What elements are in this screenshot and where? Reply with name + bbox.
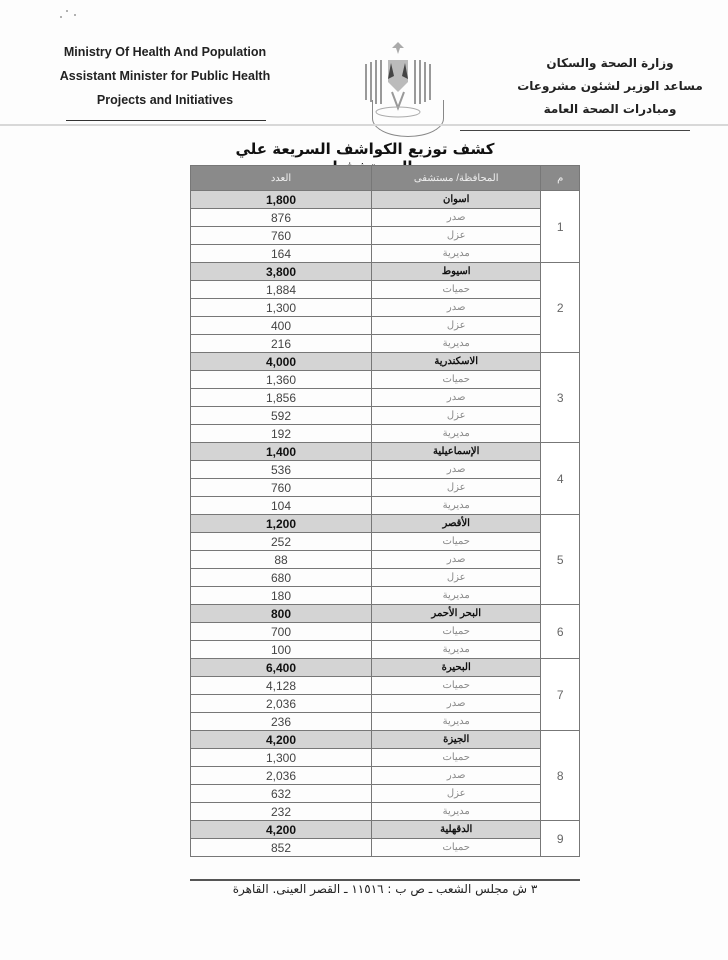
governorate-row: 1,800اسوان1 [191, 191, 580, 209]
hospital-row: 100مديرية [191, 641, 580, 659]
hospital-type: صدر [372, 299, 541, 317]
hospital-count: 680 [191, 569, 372, 587]
hospital-type: عزل [372, 569, 541, 587]
hospital-row: 232مديرية [191, 803, 580, 821]
governorate-row: 4,200الدقهلية9 [191, 821, 580, 839]
hospital-row: 88صدر [191, 551, 580, 569]
row-number: 8 [541, 731, 580, 821]
header-arabic: وزارة الصحة والسكان مساعد الوزير لشئون م… [500, 52, 720, 121]
hospital-count: 2,036 [191, 767, 372, 785]
hospital-count: 592 [191, 407, 372, 425]
governorate-name: الاسكندرية [372, 353, 541, 371]
hospital-type: عزل [372, 317, 541, 335]
governorate-total: 800 [191, 605, 372, 623]
hospital-row: 700حميات [191, 623, 580, 641]
hospital-type: صدر [372, 209, 541, 227]
governorate-total: 4,000 [191, 353, 372, 371]
row-number: 5 [541, 515, 580, 605]
hospital-type: عزل [372, 227, 541, 245]
hospital-count: 1,884 [191, 281, 372, 299]
hospital-type: حميات [372, 677, 541, 695]
governorate-row: 4,200الجيزة8 [191, 731, 580, 749]
governorate-row: 4,000الاسكندرية3 [191, 353, 580, 371]
hospital-count: 232 [191, 803, 372, 821]
hospital-count: 1,360 [191, 371, 372, 389]
hospital-type: صدر [372, 695, 541, 713]
hospital-row: 2,036صدر [191, 695, 580, 713]
hospital-row: 592عزل [191, 407, 580, 425]
hospital-count: 760 [191, 227, 372, 245]
hospital-type: حميات [372, 623, 541, 641]
hospital-type: مديرية [372, 641, 541, 659]
hospital-row: 1,856صدر [191, 389, 580, 407]
hospital-row: 1,300صدر [191, 299, 580, 317]
hospital-count: 216 [191, 335, 372, 353]
governorate-name: اسوان [372, 191, 541, 209]
hospital-type: مديرية [372, 497, 541, 515]
hospital-count: 252 [191, 533, 372, 551]
governorate-total: 4,200 [191, 731, 372, 749]
projects-initiatives-ar: ومبادرات الصحة العامة [500, 98, 720, 121]
hospital-count: 700 [191, 623, 372, 641]
row-number: 7 [541, 659, 580, 731]
governorate-total: 4,200 [191, 821, 372, 839]
projects-initiatives-en: Projects and Initiatives [40, 88, 290, 112]
hospital-count: 164 [191, 245, 372, 263]
hospital-row: 2,036صدر [191, 767, 580, 785]
header-divider-right [460, 130, 690, 131]
hospital-row: 216مديرية [191, 335, 580, 353]
header-english: Ministry Of Health And Population Assist… [40, 40, 290, 112]
hospital-count: 1,856 [191, 389, 372, 407]
hospital-type: مديرية [372, 803, 541, 821]
hospital-count: 760 [191, 479, 372, 497]
hospital-count: 180 [191, 587, 372, 605]
governorate-row: 3,800اسيوط2 [191, 263, 580, 281]
hospital-count: 536 [191, 461, 372, 479]
governorate-name: البحيرة [372, 659, 541, 677]
governorate-total: 1,400 [191, 443, 372, 461]
hospital-count: 236 [191, 713, 372, 731]
hospital-row: 632عزل [191, 785, 580, 803]
governorate-total: 1,800 [191, 191, 372, 209]
hospital-row: 852حميات [191, 839, 580, 857]
assistant-minister-ar: مساعد الوزير لشئون مشروعات [500, 75, 720, 98]
ministry-name-en: Ministry Of Health And Population [40, 40, 290, 64]
hospital-row: 164مديرية [191, 245, 580, 263]
governorate-row: 1,200الأقصر5 [191, 515, 580, 533]
hospital-count: 192 [191, 425, 372, 443]
hospital-row: 252حميات [191, 533, 580, 551]
hospital-type: حميات [372, 533, 541, 551]
hospital-count: 876 [191, 209, 372, 227]
hospital-row: 536صدر [191, 461, 580, 479]
table-header-row: العدد المحافظة/ مستشفى م [191, 166, 580, 191]
hospital-count: 4,128 [191, 677, 372, 695]
hospital-count: 1,300 [191, 299, 372, 317]
row-number: 2 [541, 263, 580, 353]
governorate-row: 6,400البحيرة7 [191, 659, 580, 677]
distribution-table: العدد المحافظة/ مستشفى م 1,800اسوان1876ص… [190, 165, 580, 857]
row-number: 6 [541, 605, 580, 659]
hospital-count: 100 [191, 641, 372, 659]
hospital-type: عزل [372, 407, 541, 425]
emblem-arc [372, 100, 444, 137]
hospital-row: 4,128حميات [191, 677, 580, 695]
hospital-count: 1,300 [191, 749, 372, 767]
footer-address: ٣ ش مجلس الشعب ـ ص ب : ١١٥١٦ ـ القصر الع… [190, 882, 580, 896]
hospital-type: حميات [372, 749, 541, 767]
ministry-name-ar: وزارة الصحة والسكان [500, 52, 720, 75]
hospital-row: 104مديرية [191, 497, 580, 515]
column-header-name: المحافظة/ مستشفى [372, 166, 541, 191]
hospital-count: 852 [191, 839, 372, 857]
hospital-type: مديرية [372, 335, 541, 353]
hospital-row: 1,360حميات [191, 371, 580, 389]
governorate-name: الأقصر [372, 515, 541, 533]
hospital-type: عزل [372, 479, 541, 497]
hospital-row: 1,884حميات [191, 281, 580, 299]
hospital-type: مديرية [372, 587, 541, 605]
column-header-num: م [541, 166, 580, 191]
governorate-row: 1,400الإسماعيلية4 [191, 443, 580, 461]
governorate-name: البحر الأحمر [372, 605, 541, 623]
hospital-row: 180مديرية [191, 587, 580, 605]
row-number: 4 [541, 443, 580, 515]
row-number: 3 [541, 353, 580, 443]
hospital-type: صدر [372, 551, 541, 569]
hospital-row: 876صدر [191, 209, 580, 227]
hospital-type: مديرية [372, 425, 541, 443]
hospital-type: مديرية [372, 713, 541, 731]
governorate-name: اسيوط [372, 263, 541, 281]
governorate-name: الإسماعيلية [372, 443, 541, 461]
hospital-row: 760عزل [191, 227, 580, 245]
hospital-type: صدر [372, 461, 541, 479]
hospital-count: 104 [191, 497, 372, 515]
hospital-type: صدر [372, 389, 541, 407]
governorate-total: 6,400 [191, 659, 372, 677]
hospital-count: 2,036 [191, 695, 372, 713]
header-divider [66, 120, 266, 121]
governorate-total: 3,800 [191, 263, 372, 281]
hospital-row: 400عزل [191, 317, 580, 335]
hospital-type: مديرية [372, 245, 541, 263]
hospital-row: 760عزل [191, 479, 580, 497]
scan-specks [60, 8, 80, 20]
hospital-type: حميات [372, 839, 541, 857]
hospital-type: صدر [372, 767, 541, 785]
hospital-row: 192مديرية [191, 425, 580, 443]
hospital-row: 236مديرية [191, 713, 580, 731]
row-number: 9 [541, 821, 580, 857]
top-divider [0, 124, 728, 126]
hospital-row: 1,300حميات [191, 749, 580, 767]
governorate-name: الدقهلية [372, 821, 541, 839]
hospital-count: 88 [191, 551, 372, 569]
footer-divider [190, 879, 580, 881]
governorate-name: الجيزة [372, 731, 541, 749]
table-body: 1,800اسوان1876صدر760عزل164مديرية3,800اسي… [191, 191, 580, 857]
hospital-type: عزل [372, 785, 541, 803]
row-number: 1 [541, 191, 580, 263]
governorate-total: 1,200 [191, 515, 372, 533]
column-header-count: العدد [191, 166, 372, 191]
assistant-minister-en: Assistant Minister for Public Health [40, 64, 290, 88]
hospital-type: حميات [372, 371, 541, 389]
hospital-count: 400 [191, 317, 372, 335]
hospital-row: 680عزل [191, 569, 580, 587]
hospital-type: حميات [372, 281, 541, 299]
governorate-row: 800البحر الأحمر6 [191, 605, 580, 623]
hospital-count: 632 [191, 785, 372, 803]
